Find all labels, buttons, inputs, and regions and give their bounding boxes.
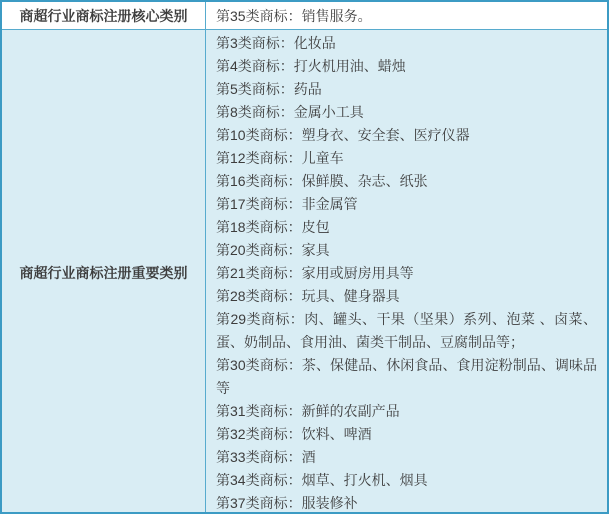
trademark-class-item: 第33类商标：酒	[216, 446, 597, 469]
trademark-class-item: 第20类商标：家具	[216, 239, 597, 262]
trademark-class-item: 第37类商标：服装修补	[216, 492, 597, 514]
trademark-class-item: 第32类商标：饮料、啤酒	[216, 423, 597, 446]
trademark-class-item: 第5类商标：药品	[216, 78, 597, 101]
trademark-class-item: 第30类商标：茶、保健品、休闲食品、食用淀粉制品、调味品等	[216, 354, 597, 400]
trademark-class-item: 第28类商标：玩具、健身器具	[216, 285, 597, 308]
trademark-class-item: 第16类商标：保鲜膜、杂志、纸张	[216, 170, 597, 193]
trademark-class-item: 第18类商标：皮包	[216, 216, 597, 239]
table-row-core-classes: 商超行业商标注册核心类别 第35类商标：销售服务。	[2, 2, 607, 30]
trademark-class-item: 第4类商标：打火机用油、蜡烛	[216, 55, 597, 78]
trademark-class-item: 第21类商标：家用或厨房用具等	[216, 262, 597, 285]
core-classes-list: 第35类商标：销售服务。	[206, 2, 607, 29]
trademark-class-item: 第17类商标：非金属管	[216, 193, 597, 216]
trademark-class-item: 第12类商标：儿童车	[216, 147, 597, 170]
trademark-class-item: 第3类商标：化妆品	[216, 32, 597, 55]
trademark-class-item: 第35类商标：销售服务。	[216, 3, 372, 29]
trademark-class-item: 第34类商标：烟草、打火机、烟具	[216, 469, 597, 492]
trademark-classes-table: 商超行业商标注册核心类别 第35类商标：销售服务。 商超行业商标注册重要类别 第…	[0, 0, 609, 514]
trademark-class-item: 第29类商标：肉、罐头、干果（坚果）系列、泡菜 、卤菜、蛋、奶制品、食用油、菌类…	[216, 308, 597, 354]
row-header-important-classes: 商超行业商标注册重要类别	[2, 30, 206, 514]
important-classes-list: 第3类商标：化妆品第4类商标：打火机用油、蜡烛第5类商标：药品第8类商标：金属小…	[206, 30, 607, 514]
trademark-class-item: 第31类商标：新鲜的农副产品	[216, 400, 597, 423]
trademark-class-item: 第8类商标：金属小工具	[216, 101, 597, 124]
trademark-class-item: 第10类商标：塑身衣、安全套、医疗仪器	[216, 124, 597, 147]
table-row-important-classes: 商超行业商标注册重要类别 第3类商标：化妆品第4类商标：打火机用油、蜡烛第5类商…	[2, 30, 607, 514]
row-header-core-classes: 商超行业商标注册核心类别	[2, 2, 206, 29]
